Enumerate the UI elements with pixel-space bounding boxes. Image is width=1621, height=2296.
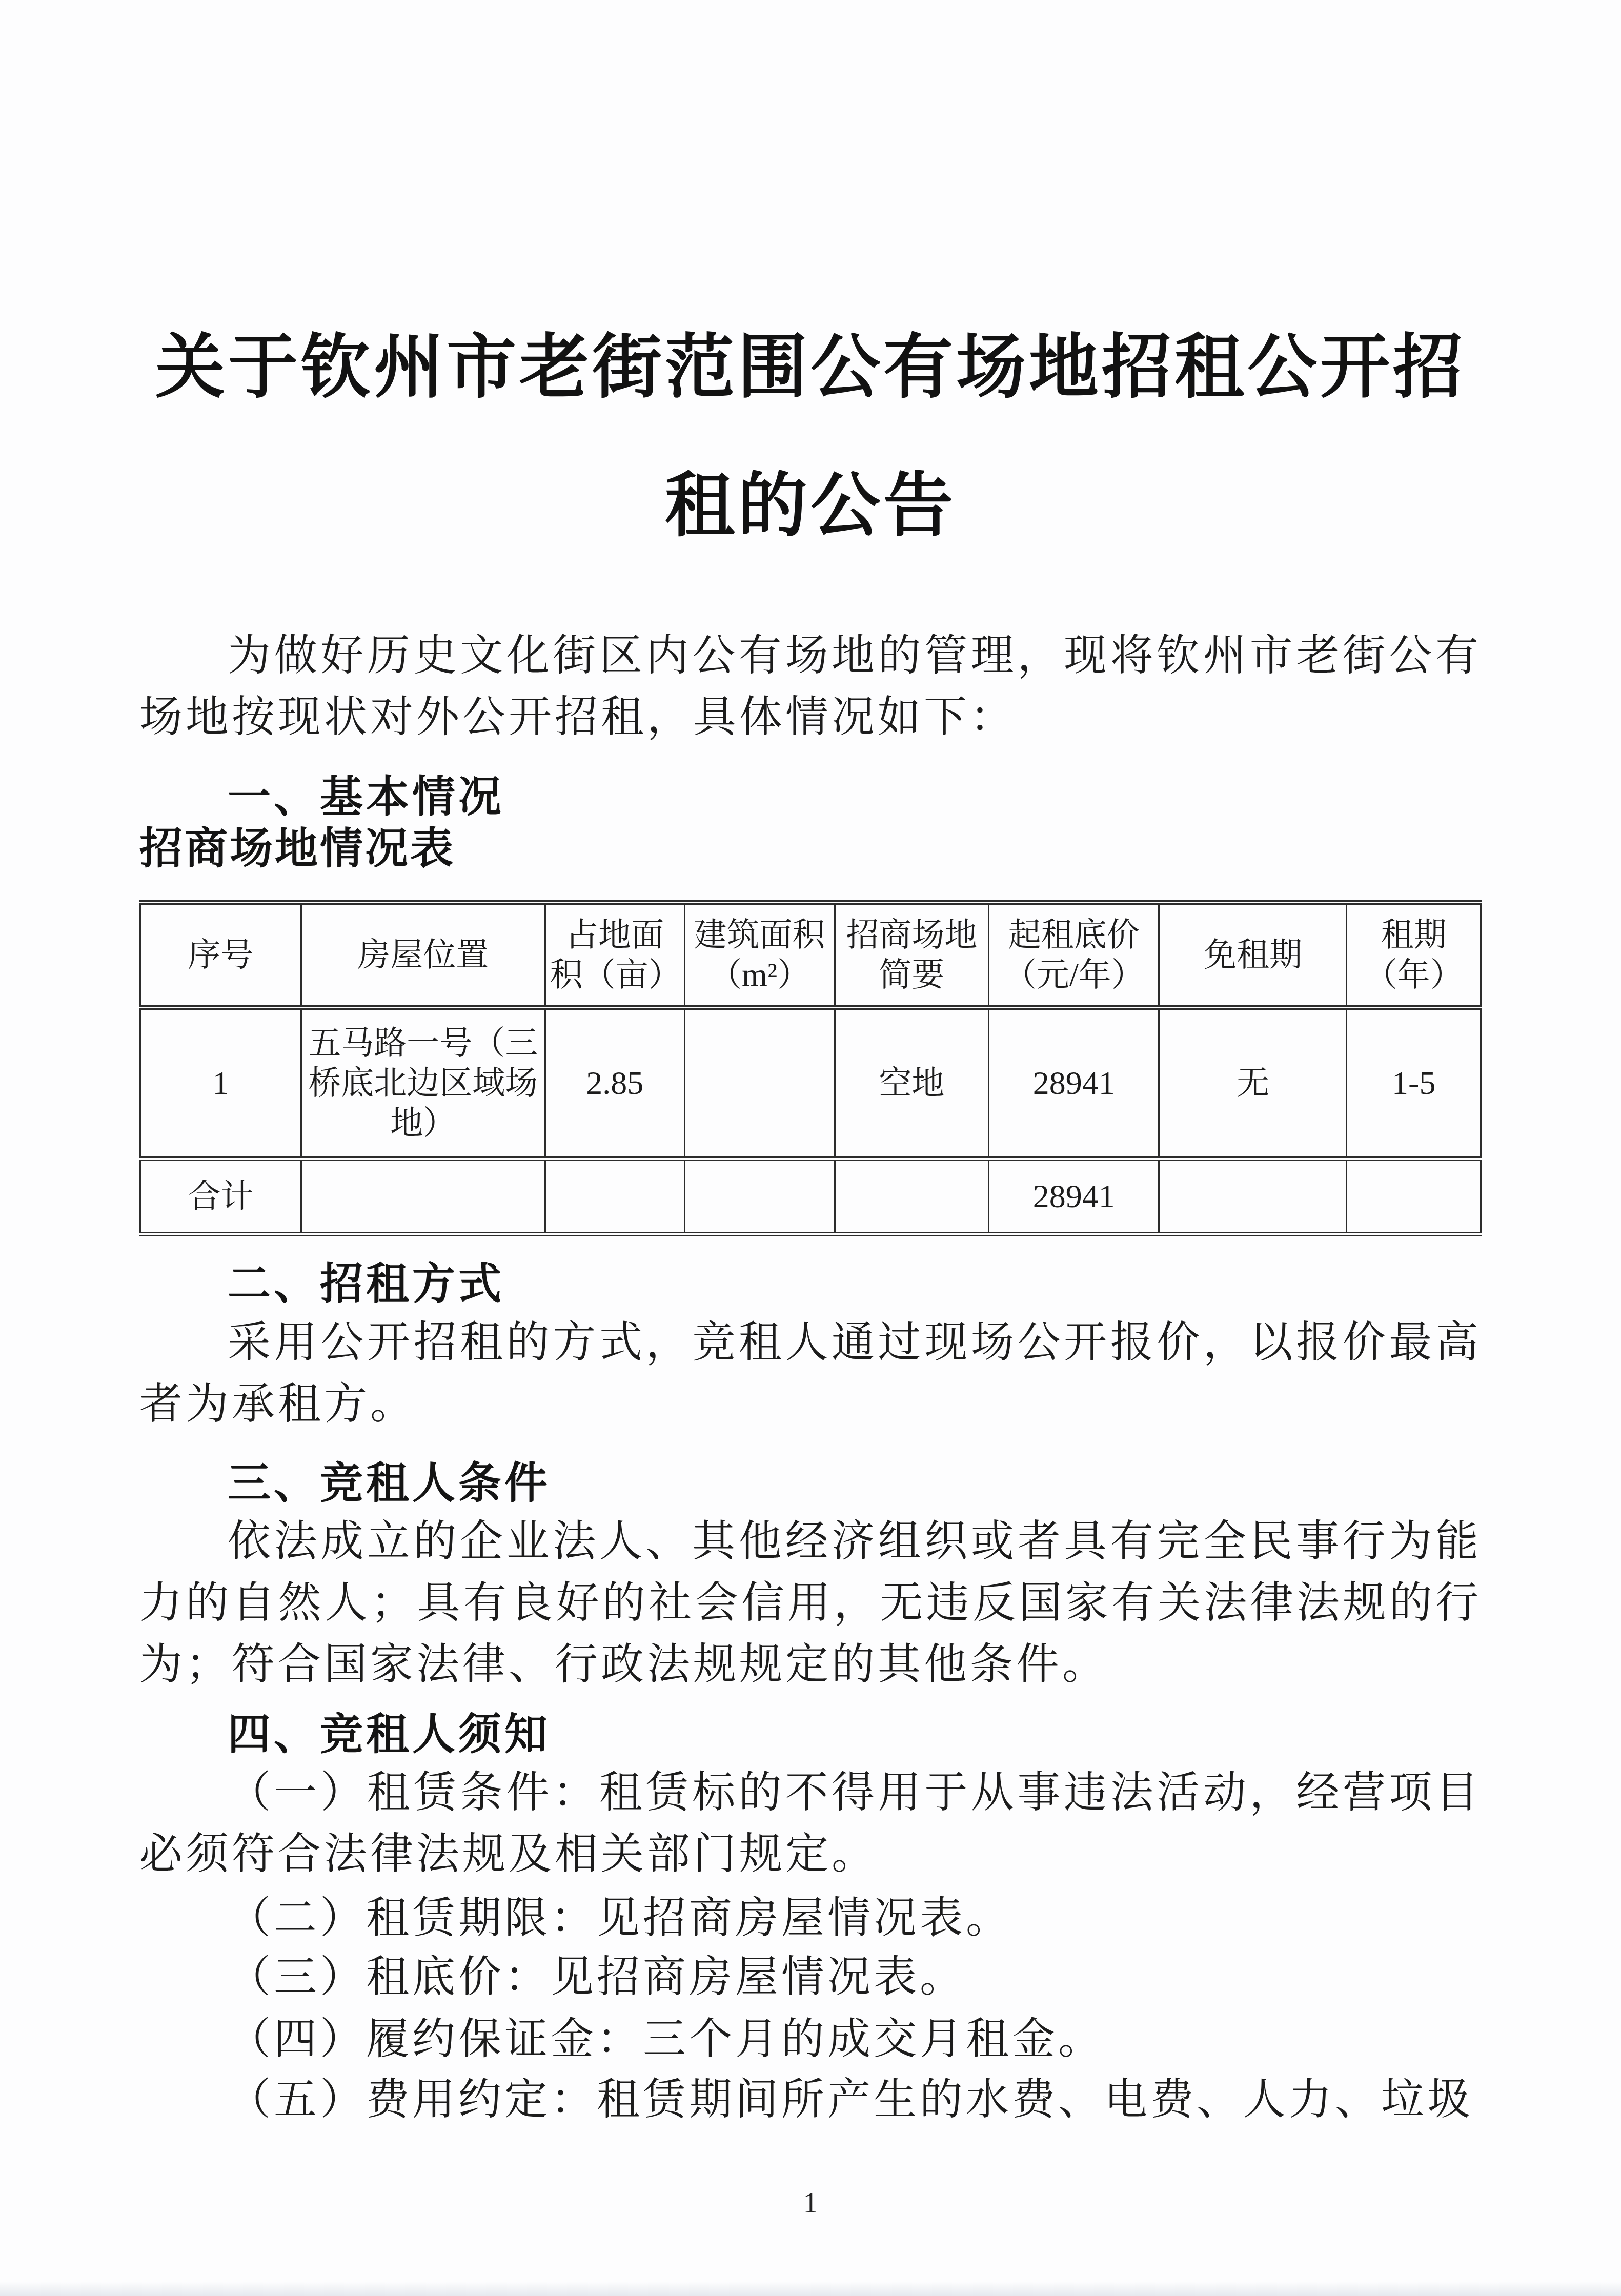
total-location <box>301 1159 545 1234</box>
header-rent-free: 免租期 <box>1159 903 1347 1008</box>
section4-item-3: （三）租底价：见招商房屋情况表。 <box>139 1947 1482 2008</box>
total-building-area <box>684 1159 835 1234</box>
total-rent-free <box>1159 1159 1347 1234</box>
header-building-area: 建筑面积（m²） <box>684 903 835 1008</box>
header-land-area: 占地面积（亩） <box>545 903 684 1008</box>
scan-edge-shadow <box>0 2282 1621 2296</box>
cell-location: 五马路一号（三桥底北边区域场地） <box>301 1008 545 1159</box>
page-number: 1 <box>139 2185 1482 2221</box>
section4-item-5: （五）费用约定：租赁期间所产生的水费、电费、人力、垃圾 <box>139 2069 1482 2131</box>
section4-item-2: （二）租赁期限：见招商房屋情况表。 <box>139 1888 1482 1949</box>
header-base-price: 起租底价（元/年） <box>989 903 1159 1008</box>
intro-paragraph: 为做好历史文化街区内公有场地的管理，现将钦州市老街公有场地按现状对外公开招租，具… <box>139 625 1482 748</box>
total-land-area <box>545 1159 684 1234</box>
total-label: 合计 <box>140 1159 301 1234</box>
total-term <box>1347 1159 1481 1234</box>
venues-table: 序号 房屋位置 占地面积（亩） 建筑面积（m²） 招商场地简要 起租底价（元/年… <box>139 900 1482 1236</box>
cell-base-price: 28941 <box>989 1008 1159 1159</box>
cell-brief: 空地 <box>835 1008 989 1159</box>
document-title: 关于钦州市老街范围公有场地招租公开招 租的公告 <box>139 298 1482 575</box>
cell-rent-free: 无 <box>1159 1008 1347 1159</box>
header-location: 房屋位置 <box>301 903 545 1008</box>
total-base-price: 28941 <box>989 1159 1159 1234</box>
table-row: 1 五马路一号（三桥底北边区域场地） 2.85 空地 28941 无 1-5 <box>140 1008 1481 1159</box>
document-page: 关于钦州市老街范围公有场地招租公开招 租的公告 为做好历史文化街区内公有场地的管… <box>0 0 1621 2296</box>
section4-item-4: （四）履约保证金：三个月的成交月租金。 <box>139 2009 1482 2070</box>
total-brief <box>835 1159 989 1234</box>
table-total-row: 合计 28941 <box>140 1159 1481 1234</box>
section2-heading: 二、招租方式 <box>139 1253 1482 1314</box>
section2-paragraph: 采用公开招租的方式，竞租人通过现场公开报价，以报价最高者为承租方。 <box>139 1312 1482 1435</box>
title-line-2: 租的公告 <box>139 436 1482 575</box>
cell-land-area: 2.85 <box>545 1008 684 1159</box>
section3-heading: 三、竞租人条件 <box>139 1452 1482 1514</box>
cell-seq: 1 <box>140 1008 301 1159</box>
section4-item-1: （一）租赁条件：租赁标的不得用于从事违法活动，经营项目必须符合法律法规及相关部门… <box>139 1762 1482 1885</box>
section3-paragraph: 依法成立的企业法人、其他经济组织或者具有完全民事行为能力的自然人；具有良好的社会… <box>139 1511 1482 1696</box>
table-header-row: 序号 房屋位置 占地面积（亩） 建筑面积（m²） 招商场地简要 起租底价（元/年… <box>140 903 1481 1008</box>
section4-heading: 四、竞租人须知 <box>139 1703 1482 1765</box>
venues-table-title: 招商场地情况表 <box>139 818 1482 879</box>
cell-term: 1-5 <box>1347 1008 1481 1159</box>
header-brief: 招商场地简要 <box>835 903 989 1008</box>
header-seq: 序号 <box>140 903 301 1008</box>
venues-table-body: 序号 房屋位置 占地面积（亩） 建筑面积（m²） 招商场地简要 起租底价（元/年… <box>140 903 1481 1234</box>
header-term: 租期（年） <box>1347 903 1481 1008</box>
cell-building-area <box>684 1008 835 1159</box>
title-line-1: 关于钦州市老街范围公有场地招租公开招 <box>139 298 1482 436</box>
